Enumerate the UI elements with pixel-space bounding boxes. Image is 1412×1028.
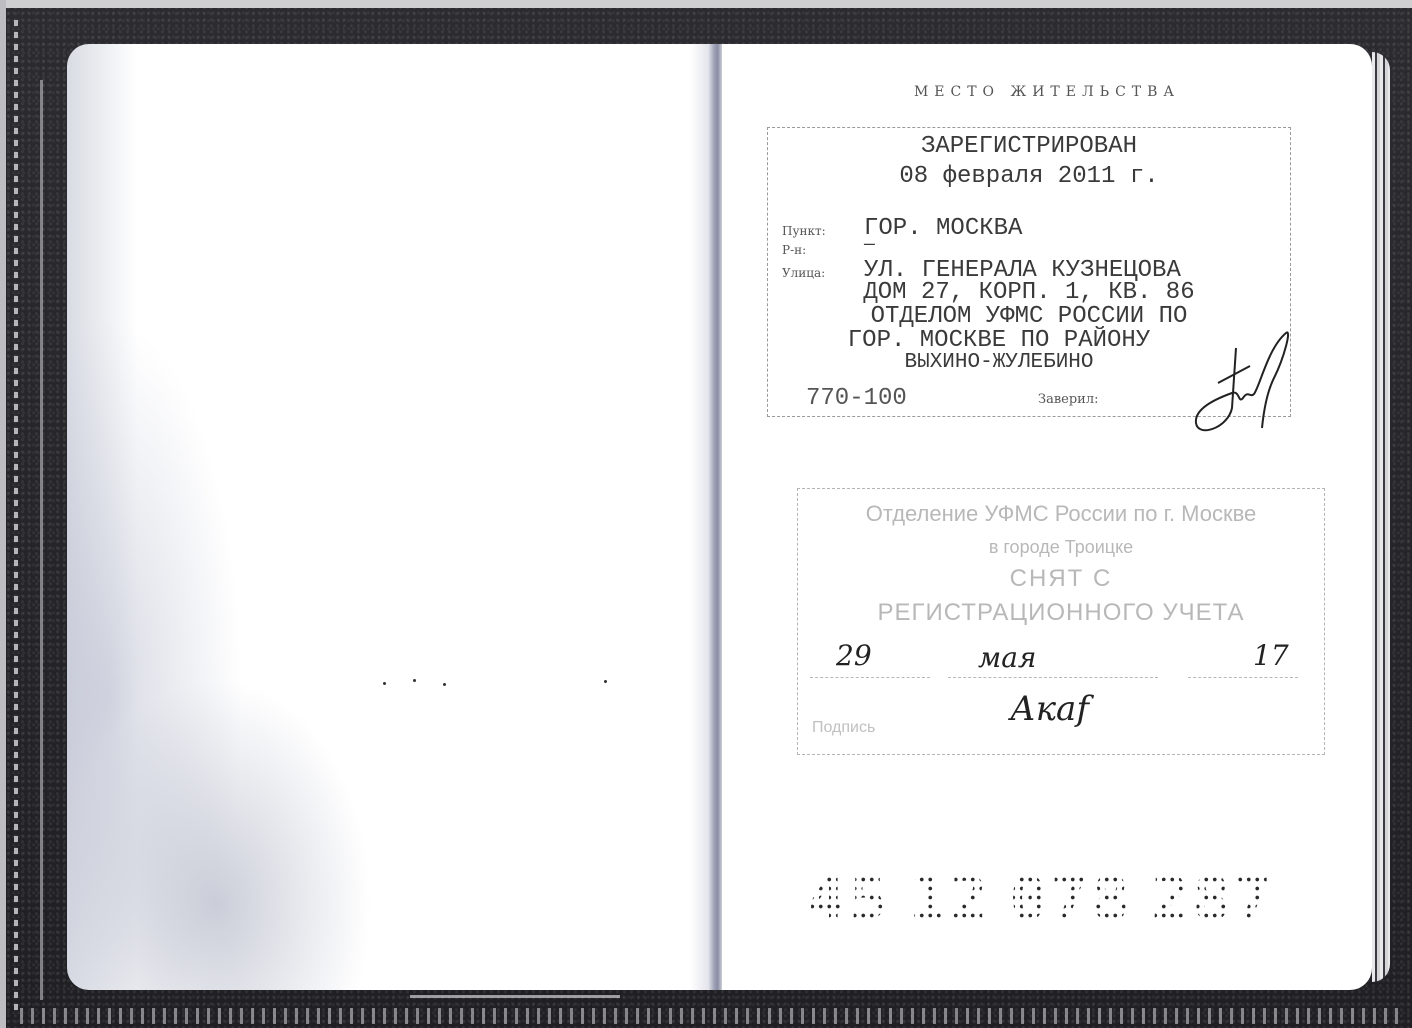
serial-group-2: 12: [909, 866, 992, 932]
cover-edge-highlight: [410, 995, 620, 998]
section-title: МЕСТО ЖИТЕЛЬСТВА: [722, 84, 1372, 100]
district-value: —: [864, 232, 875, 258]
day-underline: [810, 677, 930, 679]
page-stack-edge: [1372, 52, 1390, 982]
street-label: Улица:: [782, 266, 825, 280]
scan-edge-top: [0, 0, 1412, 8]
dereg-month: мая: [978, 641, 1036, 674]
dereg-signature-label: Подпись: [812, 719, 875, 737]
scan-edge-left: [0, 0, 6, 1028]
perforated-serial-number: 45 12 078 287: [808, 866, 1308, 932]
certified-label: Заверил:: [1038, 392, 1099, 407]
perforation-dot: [604, 680, 607, 683]
perforation-dot: [413, 679, 416, 682]
dereg-authority-line-1: Отделение УФМС России по г. Москве: [798, 501, 1324, 527]
cover-stitching-bottom: [20, 1008, 1400, 1024]
dereg-signature: Акаf: [1010, 689, 1089, 729]
perforation-dot: [383, 682, 386, 685]
district-label: Р-н:: [782, 243, 806, 257]
punkt-label: Пункт:: [782, 224, 826, 238]
dereg-authority-line-2: в городе Троицке: [798, 537, 1324, 558]
perforation-dot: [443, 683, 446, 686]
officer-signature: [1188, 328, 1298, 438]
dereg-status-line-1: СНЯТ С: [798, 565, 1324, 593]
authority-line-3: ВЫХИНО-ЖУЛЕБИНО: [738, 350, 1260, 376]
year-underline: [1188, 677, 1298, 679]
serial-group-1: 45: [808, 866, 891, 932]
cover-edge-line: [40, 80, 43, 1000]
dereg-status-line-2: РЕГИСТРАЦИОННОГО УЧЕТА: [798, 599, 1324, 627]
registration-status: ЗАРЕГИСТРИРОВАН: [768, 134, 1290, 160]
month-underline: [948, 677, 1158, 679]
registration-stamp: ЗАРЕГИСТРИРОВАН 08 февраля 2011 г. Пункт…: [767, 127, 1291, 417]
deregistration-stamp: Отделение УФМС России по г. Москве в гор…: [797, 488, 1325, 755]
authority-code: 770-100: [806, 385, 907, 412]
dereg-year: 17: [1253, 639, 1289, 672]
cover-stitching-left: [14, 20, 18, 1010]
serial-group-3: 078: [1009, 866, 1133, 932]
dereg-day: 29: [836, 639, 872, 672]
registration-date: 08 февраля 2011 г.: [768, 164, 1290, 190]
punkt-value: ГОР. МОСКВА: [864, 216, 1022, 242]
serial-group-4: 287: [1151, 866, 1275, 932]
left-page: [67, 44, 715, 990]
spine-shadow: [690, 44, 710, 990]
